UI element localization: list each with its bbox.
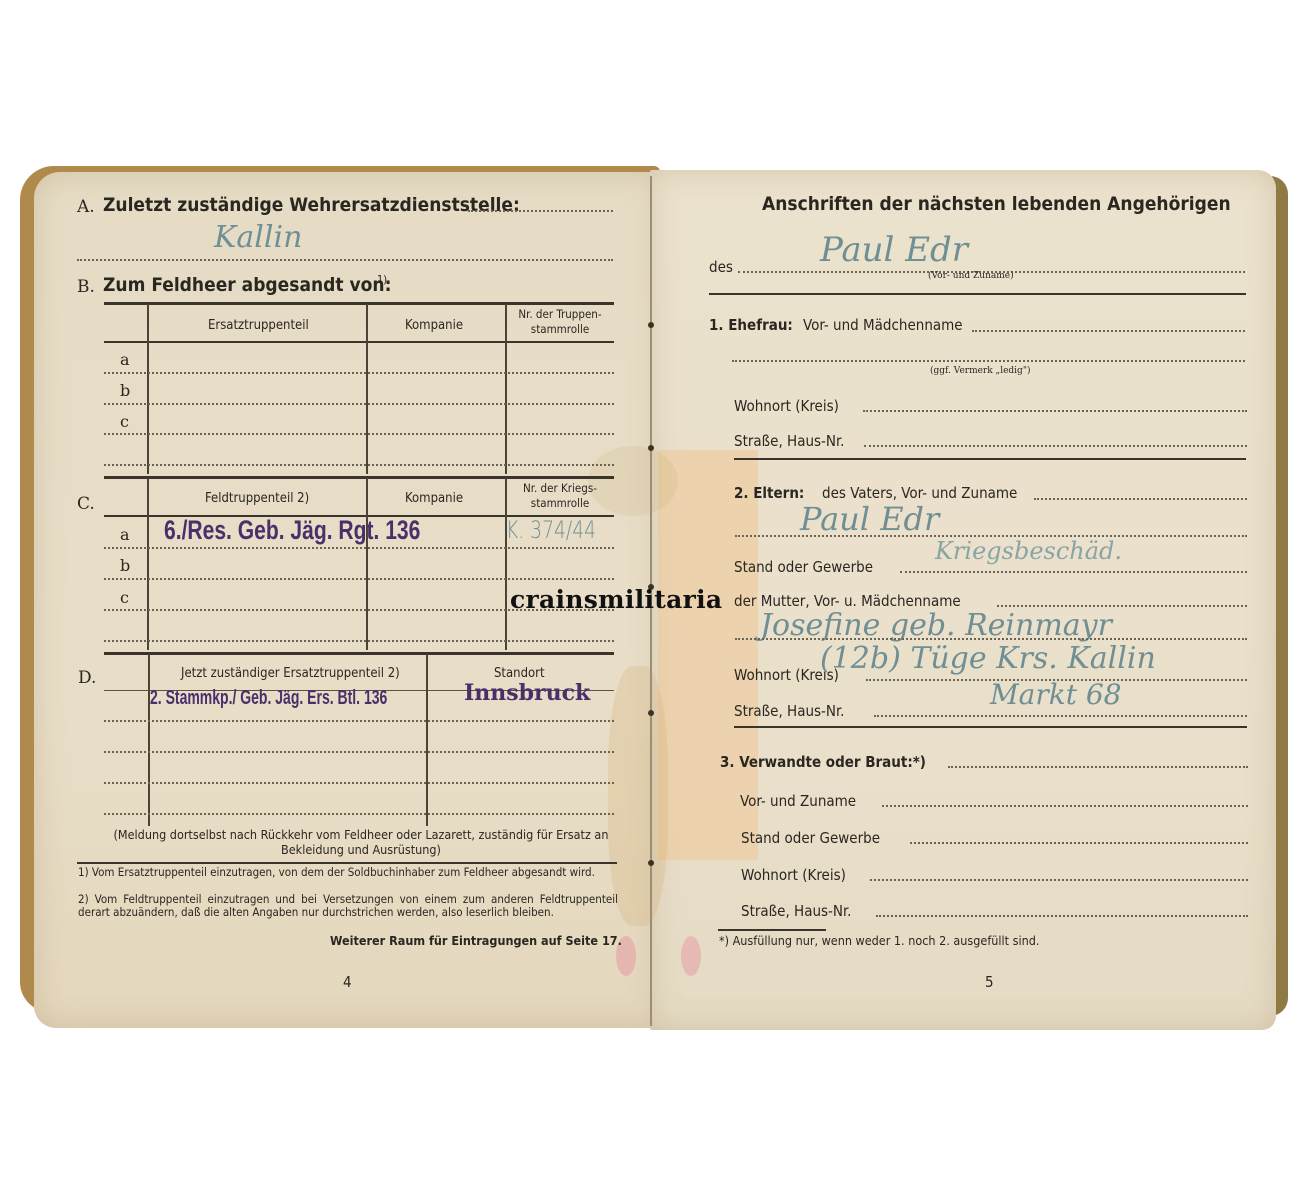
verwandte-label: 3. Verwandte oder Braut:*) [720,753,926,771]
row-line [104,640,614,642]
field-line [863,410,1247,412]
row-key: c [120,412,129,431]
field-line [870,879,1248,881]
handwritten-father-name: Paul Edr [800,500,939,538]
section-b-label: Zum Feldheer abgesandt von: [103,274,391,296]
ehefrau-residence-label: Wohnort (Kreis) [734,397,839,415]
table-rule [104,341,614,343]
handwritten-wehrersatz: Kallin [214,220,302,255]
col-header: Feldtruppenteil 2) [205,491,309,506]
field-line [997,605,1247,607]
col-divider [505,304,507,474]
section-a-label: Zuletzt zuständige Wehrersatzdienststell… [103,194,520,216]
row-key: a [120,525,130,544]
section-rule [709,293,1246,295]
page-number-right: 5 [985,973,994,991]
handwritten-holder-name: Paul Edr [820,230,968,270]
section-c-letter: C. [77,494,95,514]
section-a-letter: A. [77,197,95,217]
col-header: Nr. der Truppen-stammrolle [510,307,610,337]
watermark: crainsmilitaria [510,585,722,614]
ersatz-unit-stamp: 2. Stammkp./ Geb. Jäg. Ers. Btl. 136 [150,687,387,710]
col-divider [505,478,507,650]
col-header: Ersatztruppenteil [208,318,309,333]
row-line [104,782,614,784]
row-line [104,578,614,580]
ehefrau-name-label: Vor- und Mädchenname [803,316,963,334]
field-line [972,330,1245,332]
des-label: des [709,258,733,276]
footnote-1: 1) Vom Ersatztruppenteil einzutragen, vo… [78,866,618,879]
row-line [104,751,614,753]
col-header: Standort [494,666,545,681]
ehefrau-street-label: Straße, Haus-Nr. [734,432,844,450]
des-hint: (Vor- und Zuname) [928,271,1014,281]
col-header: Nr. der Kriegs-stammrolle [510,481,610,511]
section-rule [734,458,1246,460]
field-line [1034,498,1247,500]
verwandte-residence-label: Wohnort (Kreis) [741,866,846,884]
col-divider [366,478,368,650]
table-rule [104,476,614,479]
stitch [648,445,654,451]
col-divider [366,304,368,474]
handwritten-parents-street: Markt 68 [990,678,1122,711]
handwritten-occupation: Kriegsbeschäd. [935,537,1122,565]
stain [608,666,668,926]
verwandte-street-label: Straße, Haus-Nr. [741,902,851,920]
footnote-rule [77,862,617,864]
row-line [104,720,614,722]
field-line [900,571,1247,573]
row-line [104,433,614,435]
occupation-label: Stand oder Gewerbe [734,558,873,576]
section-d-note: (Meldung dortselbst nach Rückkehr vom Fe… [104,827,618,857]
field-line [882,805,1248,807]
unit-stamp: 6./Res. Geb. Jäg. Rgt. 136 [164,515,420,546]
table-rule [104,302,614,305]
field-line [77,259,613,261]
col-divider [426,654,428,826]
row-line [104,372,614,374]
handwritten-kriegsstammrolle: K. 374/44 [506,516,596,544]
stitch [648,322,654,328]
col-divider [147,304,149,474]
page-number-left: 4 [343,973,352,991]
stitch [648,860,654,866]
row-line [104,464,614,466]
field-line [732,360,1245,362]
verwandte-occupation-label: Stand oder Gewerbe [741,829,880,847]
field-line [735,638,1247,640]
stitch [648,710,654,716]
field-line [876,915,1248,917]
ehefrau-label: 1. Ehefrau: [709,316,793,334]
parents-street-label: Straße, Haus-Nr. [734,702,844,720]
row-key: b [120,381,130,400]
row-line [104,547,614,549]
table-rule [104,652,614,655]
section-b-letter: B. [77,277,95,297]
field-line [468,210,613,212]
field-line [874,715,1247,717]
row-key: a [120,350,130,369]
field-line [864,445,1247,447]
more-space-note: Weiterer Raum für Eintragungen auf Seite… [330,933,622,948]
handwritten-parents-residence: (12b) Tüge Krs. Kallin [820,641,1156,676]
row-line [104,813,614,815]
col-header: Jetzt zuständiger Ersatztruppenteil 2) [181,666,400,681]
footnote-star: *) Ausfüllung nur, wenn weder 1. noch 2.… [719,933,1039,948]
section-rule [734,726,1247,728]
section-d-letter: D. [78,668,96,688]
footnote-ref: 1) [377,273,387,286]
pink-stain [681,936,701,976]
col-divider [148,654,150,826]
row-key: b [120,556,130,575]
field-line [910,842,1248,844]
col-divider [147,478,149,650]
footnote-2: 2) Vom Feldtruppenteil einzutragen und b… [78,893,618,919]
footnote-rule [718,929,826,931]
col-header: Kompanie [405,491,463,506]
ehefrau-hint: (ggf. Vermerk „ledig") [930,366,1030,376]
field-line [948,766,1248,768]
row-key: c [120,588,129,607]
standort-stamp: Innsbruck [464,680,590,706]
eltern-label: 2. Eltern: [734,484,804,502]
row-line [104,403,614,405]
verwandte-name-label: Vor- und Zuname [740,792,856,810]
page-title: Anschriften der nächsten lebenden Angehö… [762,193,1231,215]
col-header: Kompanie [405,318,463,333]
